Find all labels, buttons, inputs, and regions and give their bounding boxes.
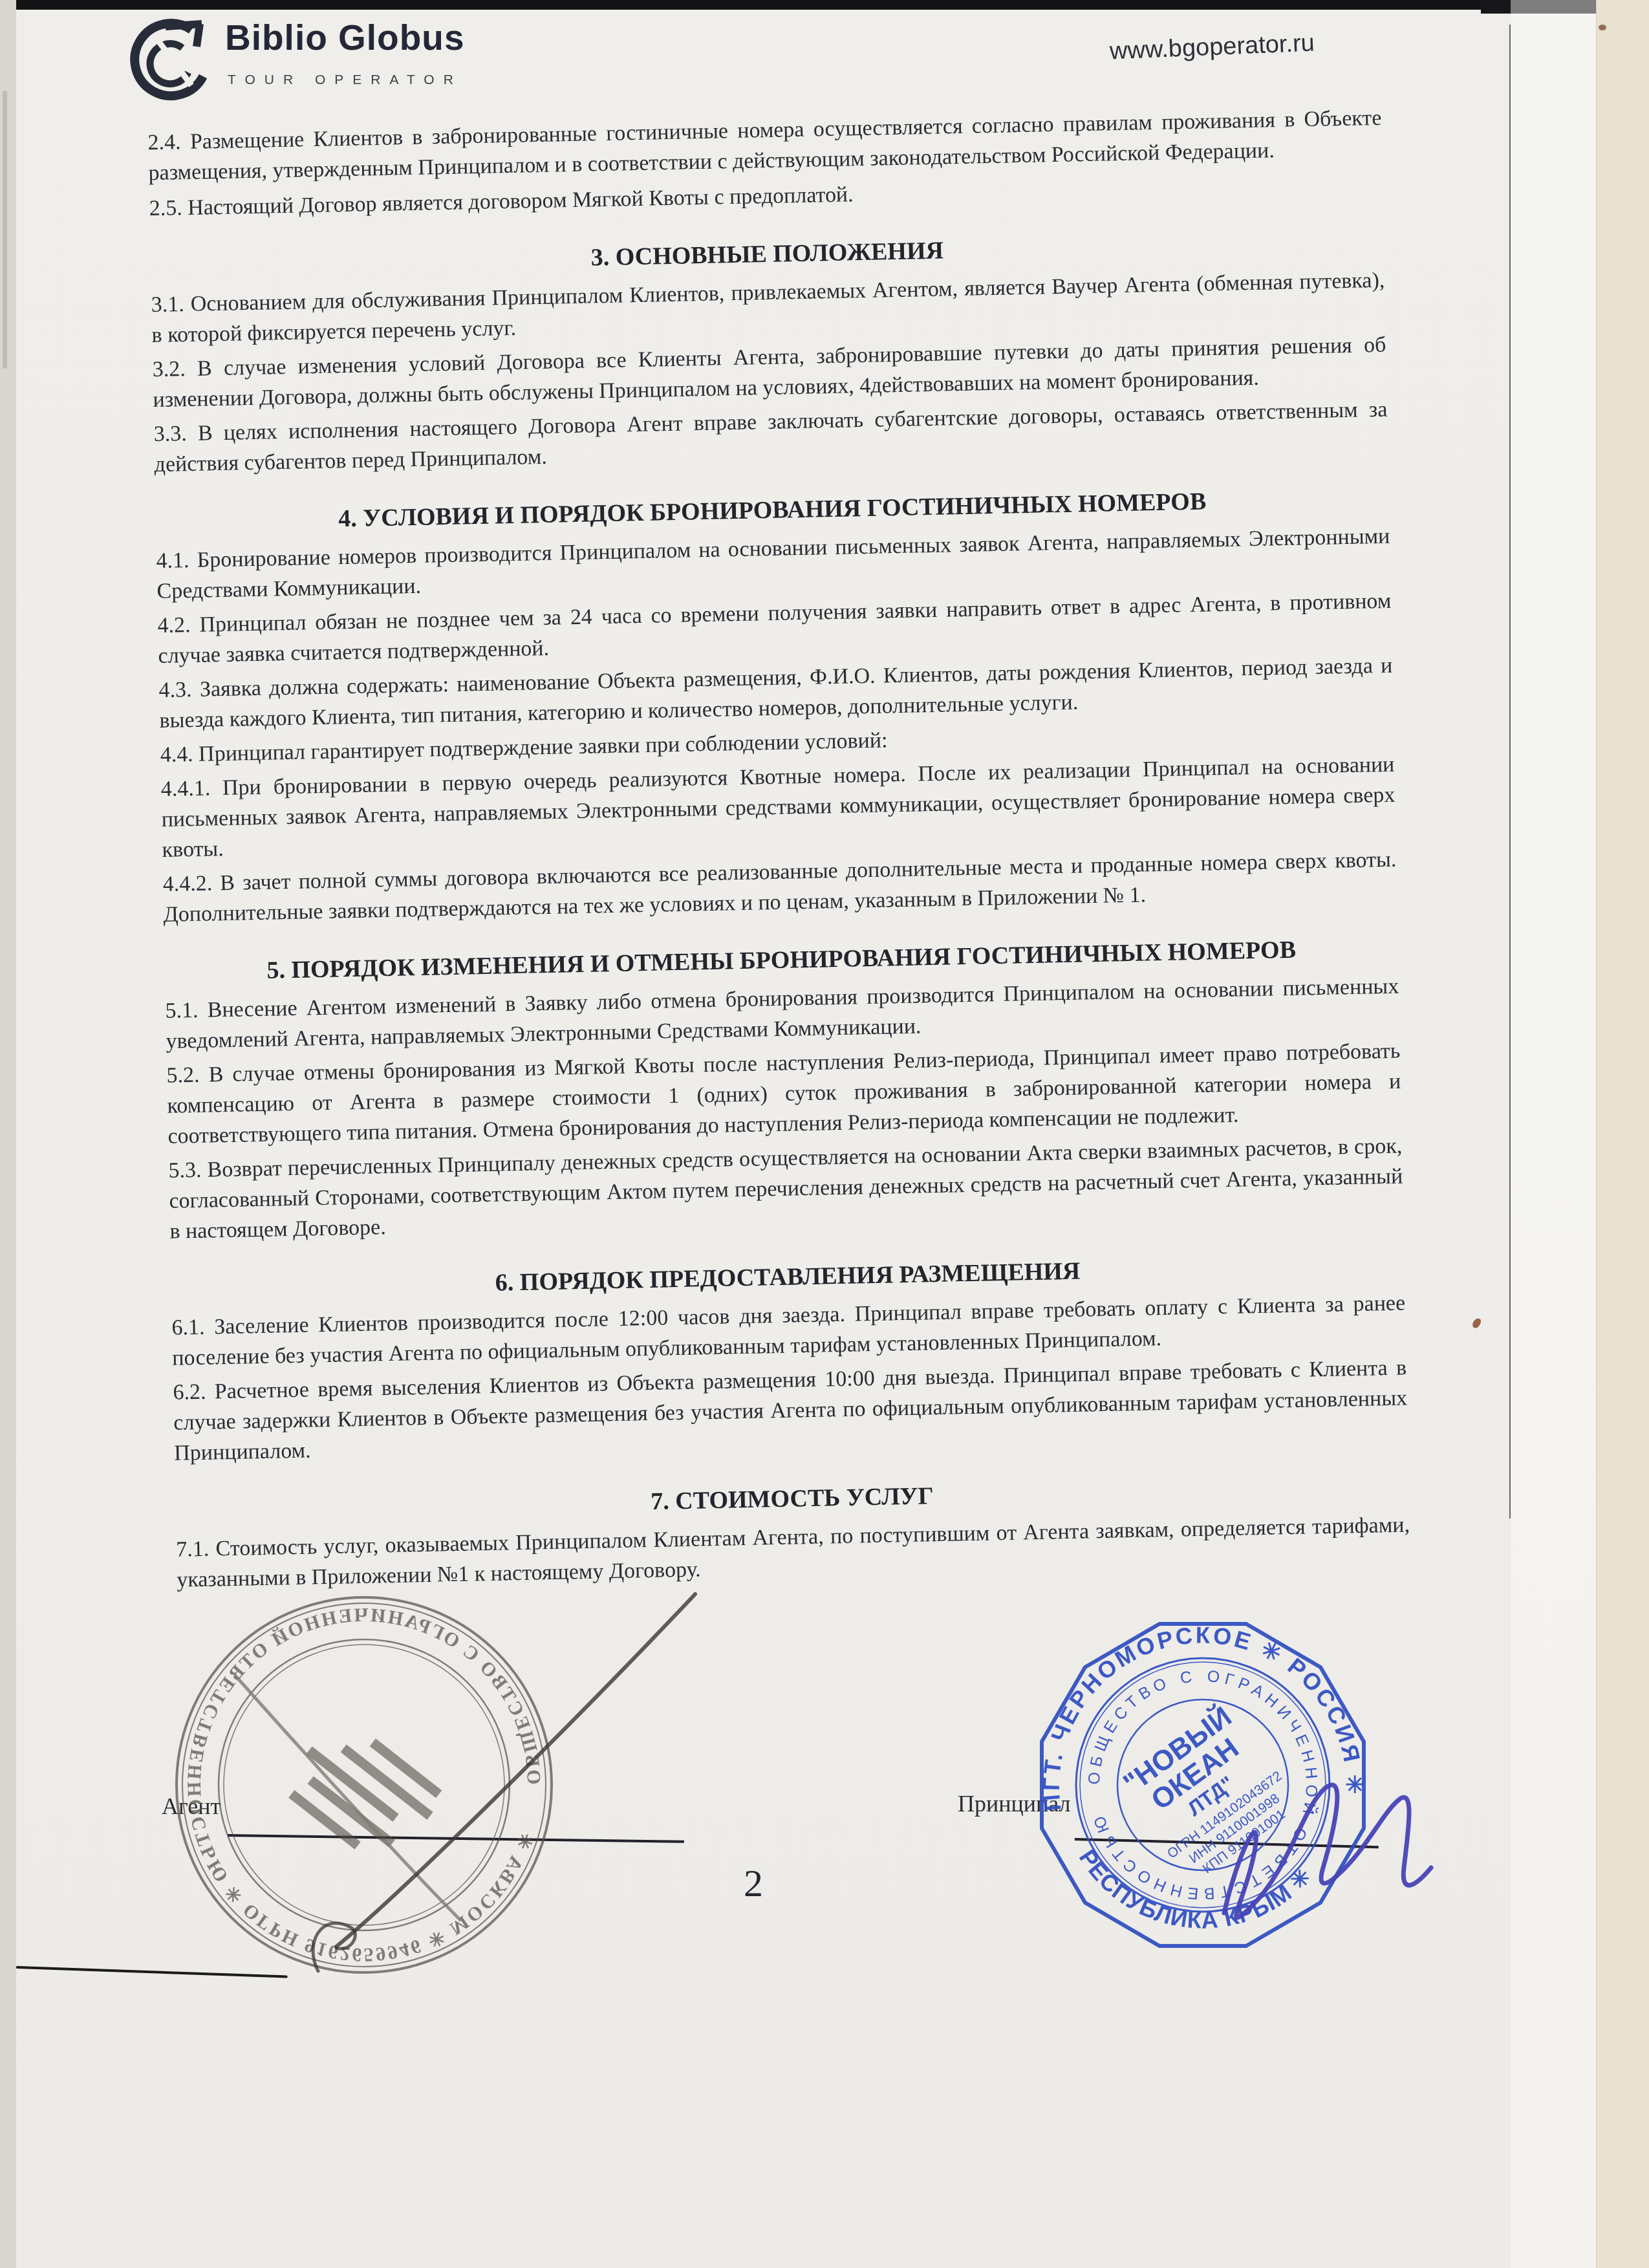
paper-speck — [1599, 25, 1606, 30]
contract-body: 2.4. Размещение Клиентов в забронированн… — [147, 103, 1410, 1599]
agent-signature-stroke — [278, 1552, 744, 2005]
principal-stamp: ПГТ. ЧЕРНОМОРСКОЕ ✳ РОССИЯ ✳ РЕСПУБЛИКА … — [1027, 1596, 1493, 1971]
biblio-globus-logo-icon — [124, 17, 215, 107]
contract-section-4: 4. УСЛОВИЯ И ПОРЯДОК БРОНИРОВАНИЯ ГОСТИН… — [155, 482, 1397, 930]
brand-subtitle: TOUR OPERATOR — [228, 72, 462, 88]
scanned-contract-page: Biblio Globus TOUR OPERATOR www.bgoperat… — [0, 0, 1649, 2268]
contract-section-6: 6. ПОРЯДОК ПРЕДОСТАВЛЕНИЯ РАЗМЕЩЕНИЯ 6.1… — [171, 1249, 1408, 1468]
brand-name: Biblio Globus — [225, 17, 464, 58]
contract-paragraph: 5.3. Возврат перечисленных Принципалу де… — [168, 1131, 1403, 1247]
contract-paragraph: 6.2. Расчетное время выселения Клиентов … — [173, 1352, 1408, 1468]
contract-section-5: 5. ПОРЯДОК ИЗМЕНЕНИЯ И ОТМЕНЫ БРОНИРОВАН… — [164, 933, 1404, 1247]
scanner-top-edge — [0, 0, 1649, 10]
paper-speck — [1471, 1317, 1482, 1329]
scan-light-strip — [1511, 0, 1596, 2268]
scan-smudge — [3, 91, 7, 369]
website-url: www.bgoperator.ru — [1109, 29, 1315, 65]
contract-section-2: 2.4. Размещение Клиентов в забронированн… — [147, 103, 1383, 224]
page-number: 2 — [744, 1861, 763, 1906]
paper-right-edge — [1596, 0, 1649, 2268]
scan-crease-line — [1509, 25, 1511, 1518]
contract-section-3: 3. ОСНОВНЫЕ ПОЛОЖЕНИЯ 3.1. Основанием дл… — [150, 226, 1388, 480]
